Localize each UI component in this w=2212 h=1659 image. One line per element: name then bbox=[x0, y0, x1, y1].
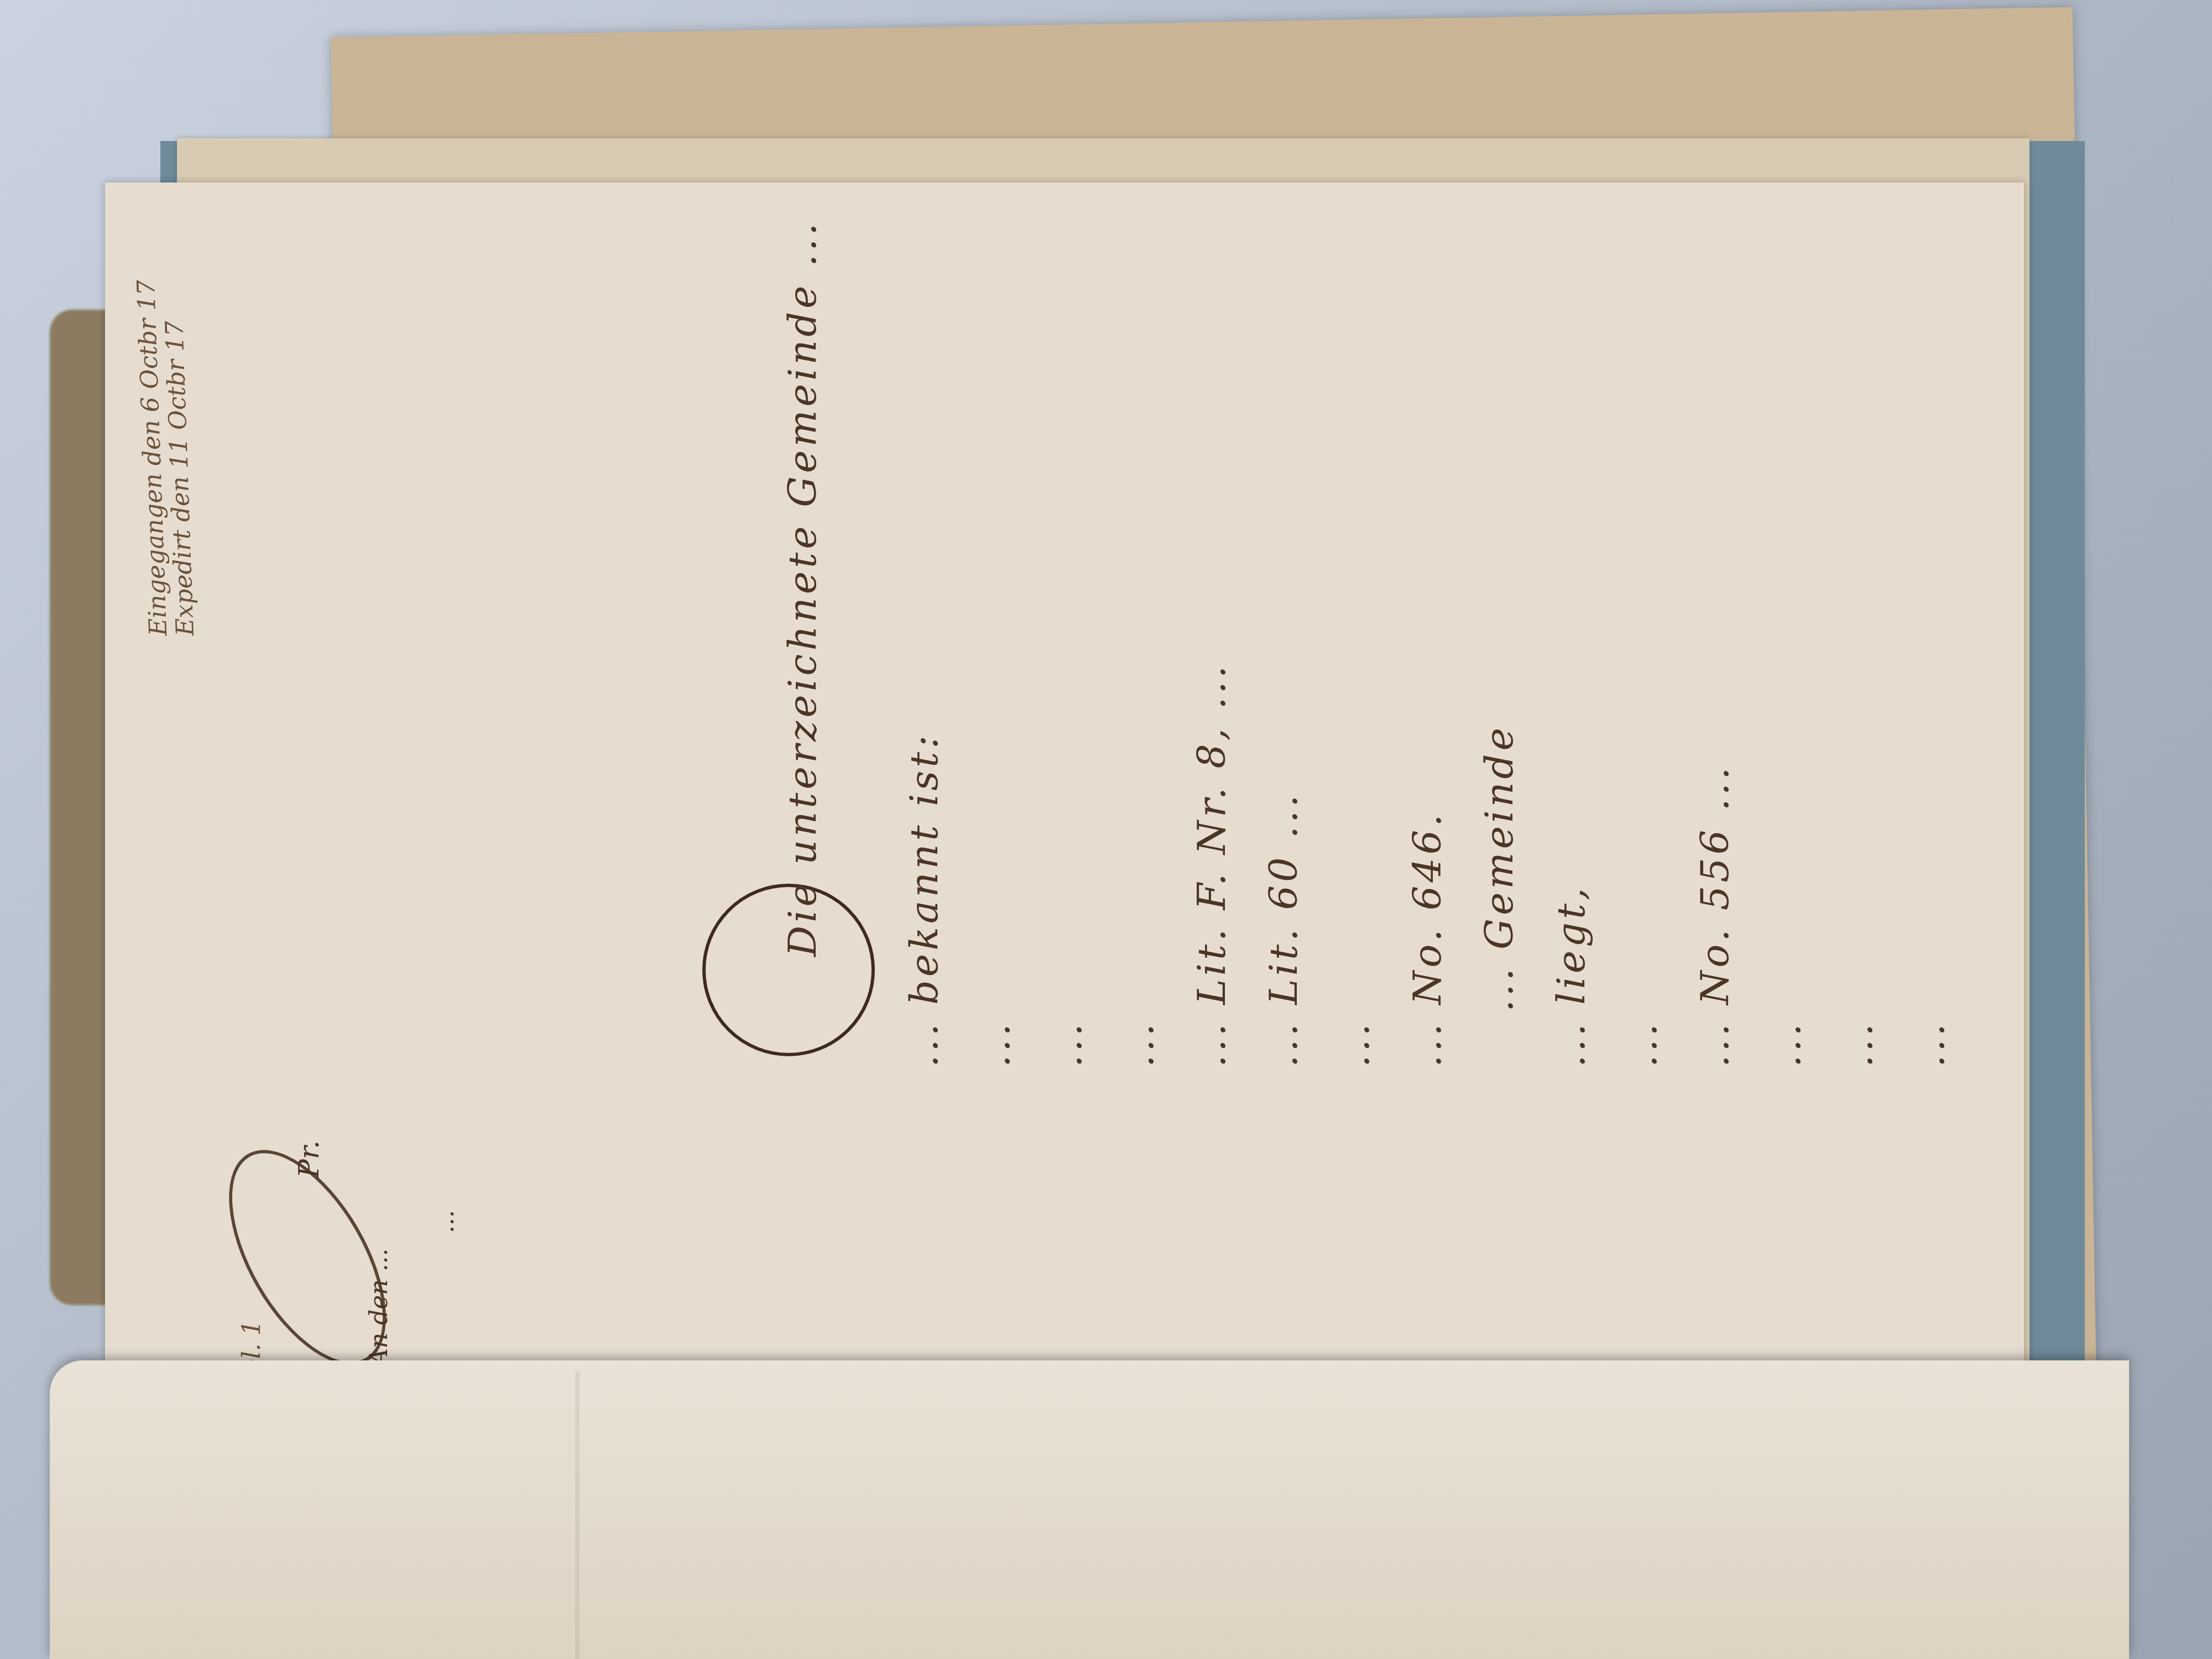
body-line: ... bbox=[1836, 1020, 1881, 1067]
body-line: ... Lit. 60 ... bbox=[1261, 791, 1306, 1067]
body-line: ... bbox=[1333, 1020, 1378, 1067]
body-line: ... bbox=[1117, 1020, 1162, 1067]
body-line: ... liegt, bbox=[1548, 885, 1594, 1067]
body-line: ... bbox=[1045, 1020, 1091, 1067]
body-line: ... Gemeinde bbox=[1477, 724, 1522, 1012]
body-line: ... bbox=[973, 1020, 1019, 1067]
address-line: Pr. bbox=[293, 1140, 325, 1178]
body-line: ... No. 646. bbox=[1405, 811, 1450, 1067]
bound-page-spine bbox=[50, 1360, 2129, 1659]
address-line: ... bbox=[431, 1210, 460, 1233]
address-line: An den ... bbox=[365, 1248, 393, 1366]
binding-crease bbox=[575, 1371, 580, 1659]
body-line: ... bbox=[1908, 1020, 1953, 1067]
body-line: ... No. 556 ... bbox=[1692, 764, 1738, 1067]
letter-content: fol. 1 Eingegangen den 6 Octbr 17 Expedi… bbox=[105, 182, 2024, 1399]
body-line: ... bbox=[1620, 1020, 1666, 1067]
body-line: ... bbox=[1764, 1020, 1809, 1067]
body-line: ... bekannt ist: bbox=[901, 732, 947, 1067]
body-line: ... Lit. F. Nr. 8, ... bbox=[1189, 662, 1234, 1067]
body-line: Die unterzeichnete Gemeinde ... bbox=[780, 220, 825, 957]
